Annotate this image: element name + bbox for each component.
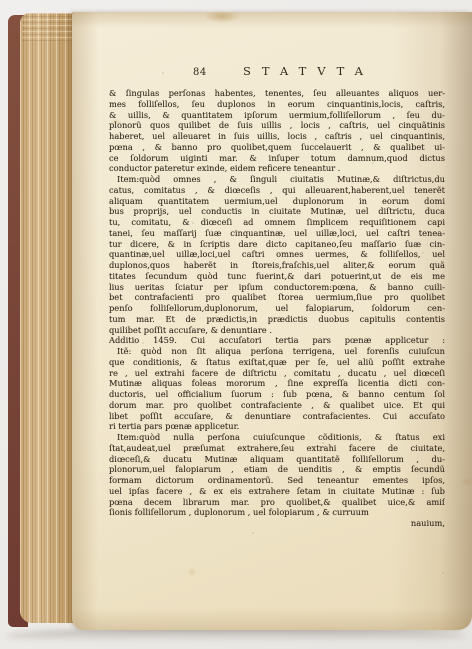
running-title: STATVTA <box>243 64 374 78</box>
text-line: Additio 1459. Cui accuſatori tertia pars… <box>109 335 445 346</box>
text-line: & uillis, & quantitatem ipſorum uermium,… <box>109 110 445 121</box>
text-line: tum mar. Et de prædictis,in prædictis du… <box>109 314 445 325</box>
text-line: Item:quòd omnes , & ſinguli ciuitatis Mu… <box>109 174 445 185</box>
text-line: catus, comitatus , & diœceſis , qui alle… <box>109 185 445 196</box>
catchword: nauium, <box>411 518 445 529</box>
text-line: ductoris, uel officialium ſuorum : ſub p… <box>109 389 445 400</box>
text-line: conductor pateretur exinde, eidem refice… <box>109 163 445 174</box>
text-block: & ſingulas perſonas habentes, tenentes, … <box>109 88 445 518</box>
text-line: diœceſi,& ducatu Mutinæ aliquam quantita… <box>109 454 445 465</box>
text-line: ce ſoldorum uiginti mar. & inſuper totum… <box>109 153 445 164</box>
text-line: pœna decem librarum mar. pro quolibet,& … <box>109 497 445 508</box>
text-line: Item:quòd nulla perſona cuiuſcunque cõdi… <box>109 432 445 443</box>
text-line: que conditionis, & ſtatus exiſtat,quæ pe… <box>109 357 445 368</box>
text-line: bus proprijs, uel conductis in ciuitate … <box>109 206 445 217</box>
text-line: tanei, ſeu maſſarij ſuæ cinquantinæ, uel… <box>109 228 445 239</box>
book-page: 84 STATVTA & ſingulas perſonas habentes,… <box>72 12 472 630</box>
folio-number: 84 <box>193 67 207 78</box>
text-line: uel ipſas facere , & ex eis extrahere ſe… <box>109 486 445 497</box>
text-line: duplonos,quos haberẽt in ſtoreis,fraſchi… <box>109 260 445 271</box>
text-line: mes folliſellos, ſeu duplonos in eorum c… <box>109 99 445 110</box>
text-line: re , uel extrahi facere de diſtrictu , c… <box>109 368 445 379</box>
book: 84 STATVTA & ſingulas perſonas habentes,… <box>6 10 472 632</box>
text-line: aliquam quantitatem uermium,uel duplonor… <box>109 196 445 207</box>
text-line: dorum mar. pro quolibet contrafaciente ,… <box>109 400 445 411</box>
text-line: lius ueritas ſciatur per ipſum conductor… <box>109 282 445 293</box>
text-line: tu, comitatu, & diœceſi ad omnem ſimplic… <box>109 217 445 228</box>
text-line: plonorum,uel falopiarum , etiam de uendi… <box>109 464 445 475</box>
text-line: ſionis folliſellorum , duplonorum , uel … <box>109 507 445 518</box>
text-line: Mutinæ aliquas foleas mororum , ſine exp… <box>109 378 445 389</box>
text-line: quantinæ,uel uillæ,loci,uel caſtri omnes… <box>109 249 445 260</box>
text-line: quilibet poſſit accuſare, & denuntiare . <box>109 325 445 336</box>
text-line: libet poſſit accuſare, & denuntiare cont… <box>109 411 445 422</box>
text-line: penſo folliſellorum,duplonorum, uel falo… <box>109 303 445 314</box>
text-line: haberet, uel alleuaret in ſuis uillis, l… <box>109 131 445 142</box>
text-line: formam dictorum ordinamentorũ. Sed tenea… <box>109 475 445 486</box>
text-line: tur dicere, & in ſcriptis dare dicto cap… <box>109 239 445 250</box>
text-line: & ſingulas perſonas habentes, tenentes, … <box>109 88 445 99</box>
text-line: bet contrafacienti pro qualibet ſtorea u… <box>109 292 445 303</box>
text-line: ri tertia pars pœnæ applicetur. <box>109 421 445 432</box>
text-line: pœna , & banno pro quolibet,quem ſuccela… <box>109 142 445 153</box>
book-shadow <box>6 628 466 644</box>
text-line: ſtat,audeat,uel præſumat extrahere,ſeu e… <box>109 443 445 454</box>
page-speckles <box>72 12 74 14</box>
text-line: Itẽ: quòd non ſit aliqua perſona terrige… <box>109 346 445 357</box>
page-header: 84 STATVTA <box>109 64 445 80</box>
text-line: titates ſecundum quòd tunc fuerint,& dar… <box>109 271 445 282</box>
text-line: plonorũ quos quilibet de ſuis uillis , l… <box>109 120 445 131</box>
